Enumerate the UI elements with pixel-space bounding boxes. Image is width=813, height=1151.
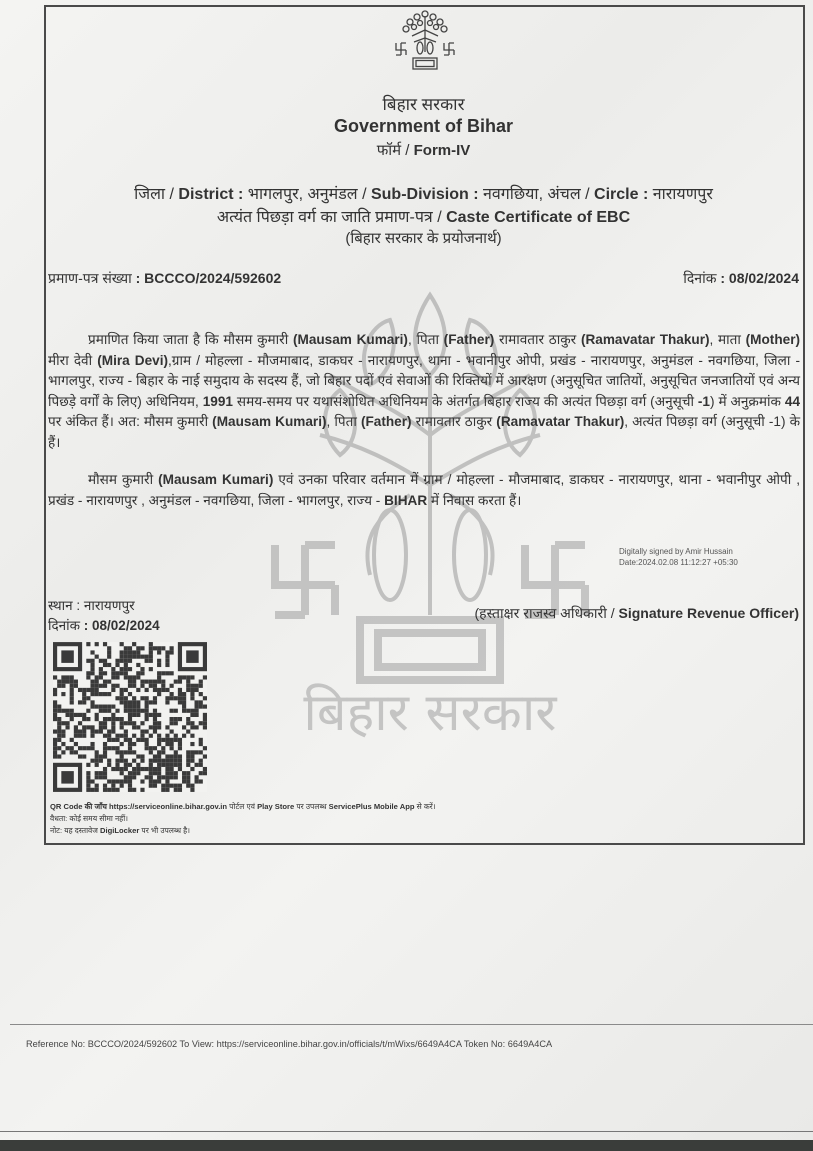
certification-paragraph: प्रमाणित किया जाता है कि मौसम कुमारी (Ma… (48, 330, 800, 453)
certificate-purpose: (बिहार सरकार के प्रयोजनार्थ) (44, 228, 803, 248)
emphasized-text: (Mother) (746, 332, 800, 347)
emphasized-text: (Ramavatar Thakur) (496, 414, 624, 429)
paragraph-text: में निवास करता हैं। (427, 493, 521, 508)
form-separator: / (401, 142, 414, 159)
digital-signature-block: Digitally signed by Amir Hussain Date:20… (619, 546, 738, 568)
district-label-hindi: जिला (134, 186, 165, 203)
circle-label-english: Circle (594, 186, 638, 203)
form-label-hindi: फॉर्म (377, 142, 401, 159)
qr-note-app-name: ServicePlus Mobile App (329, 802, 415, 811)
certificate-date-label: दिनांक (683, 270, 716, 286)
certificate-title-hindi: अत्यंत पिछड़ा वर्ग का जाति प्रमाण-पत्र (217, 209, 433, 226)
certificate-title-english: Caste Certificate of EBC (446, 209, 630, 226)
emphasized-text: (Ramavatar Thakur) (581, 332, 710, 347)
emphasized-text: (Mausam Kumari) (158, 472, 273, 487)
footer-divider (10, 1024, 813, 1025)
circle-value: नारायणपुर (653, 186, 713, 203)
header-hindi-title: बिहार सरकार (44, 92, 803, 115)
digilocker-note-suffix: पर भी उपलब्ध है। (139, 826, 190, 835)
paragraph-text: ) में अनुक्रमांक (710, 394, 785, 409)
form-title: फॉर्म / Form-IV (44, 140, 803, 160)
district-value: भागलपुर (248, 186, 299, 203)
qr-note-available: पर उपलब्ध (294, 802, 328, 811)
certificate-number-value: BCCCO/2024/592602 (144, 270, 281, 286)
emphasized-text: 44 (785, 394, 800, 409)
place-label: स्थान (48, 598, 73, 613)
paragraph-text: रामावतार ठाकुर (494, 332, 581, 347)
subdivision-label-english: Sub-Division (371, 186, 469, 203)
digilocker-note-prefix: नोट: यह दस्तावेज (50, 826, 100, 835)
certificate-date-value: 08/02/2024 (729, 270, 799, 286)
issue-date-label: दिनांक (48, 618, 80, 633)
verification-qr-code[interactable] (53, 642, 207, 792)
officer-label-hindi: (हस्ताक्षर राजस्व अधिकारी (475, 605, 607, 621)
digilocker-note: नोट: यह दस्तावेज DigiLocker पर भी उपलब्ध… (50, 825, 190, 836)
paragraph-text: , माता (710, 332, 746, 347)
issue-date: दिनांक : 08/02/2024 (48, 616, 160, 634)
qr-note-suffix: से करें। (414, 802, 435, 811)
jurisdiction-line: जिला / District : भागलपुर, अनुमंडल / Sub… (44, 182, 803, 204)
emphasized-text: (Father) (361, 414, 412, 429)
emphasized-text: 1991 (203, 394, 233, 409)
digital-signature-signer: Digitally signed by Amir Hussain (619, 546, 738, 557)
certificate-number: प्रमाण-पत्र संख्या : BCCCO/2024/592602 (48, 269, 281, 288)
place-of-issue: स्थान : नारायणपुर (48, 596, 135, 614)
header-government-title: Government of Bihar (44, 116, 803, 137)
certificate-number-label: प्रमाण-पत्र संख्या (48, 270, 132, 286)
paragraph-text: रामावतार ठाकुर (412, 414, 497, 429)
officer-separator: / (607, 605, 619, 621)
qr-note-play-store: Play Store (257, 802, 294, 811)
form-label-english: Form-IV (414, 142, 471, 159)
emphasized-text: (Mausam Kumari) (212, 414, 326, 429)
certificate-title: अत्यंत पिछड़ा वर्ग का जाति प्रमाण-पत्र /… (44, 205, 803, 227)
issue-date-value: 08/02/2024 (92, 618, 160, 633)
place-value: नारायणपुर (84, 598, 135, 613)
paragraph-text: , पिता (327, 414, 361, 429)
officer-label-english: Signature Revenue Officer) (619, 605, 800, 621)
qr-verification-note: QR Code की जाँच https://serviceonline.bi… (50, 801, 436, 812)
reference-line: Reference No: BCCCO/2024/592602 To View:… (26, 1039, 552, 1049)
certificate-date: दिनांक : 08/02/2024 (683, 269, 799, 288)
residence-paragraph: मौसम कुमारी (Mausam Kumari) एवं उनका परि… (48, 470, 800, 511)
paragraph-text: समय-समय पर यथासंशोधित अधिनियम के अंतर्गत… (233, 394, 698, 409)
emphasized-text: BIHAR (384, 493, 427, 508)
emphasized-text: (Mira Devi) (97, 353, 168, 368)
scan-background-strip (0, 1140, 813, 1151)
revenue-officer-signature-label: (हस्ताक्षर राजस्व अधिकारी / Signature Re… (475, 604, 800, 623)
emphasized-text: (Father) (444, 332, 495, 347)
qr-note-portal: पोर्टल एवं (227, 802, 257, 811)
digital-signature-date: Date:2024.02.08 11:12:27 +05:30 (619, 557, 738, 568)
subdivision-value: नवगछिया (483, 186, 539, 203)
bihar-emblem-logo (390, 8, 460, 73)
paragraph-text: मौसम कुमारी (88, 472, 158, 487)
emphasized-text: (Mausam Kumari) (293, 332, 408, 347)
paragraph-text: प्रमाणित किया जाता है कि मौसम कुमारी (88, 332, 293, 347)
paragraph-text: मीरा देवी (48, 353, 97, 368)
qr-note-prefix: QR Code की जाँच (50, 802, 109, 811)
subdivision-label-hindi: अनुमंडल (308, 186, 358, 203)
paragraph-text: , पिता (408, 332, 444, 347)
paper-bottom-edge (0, 1131, 813, 1132)
circle-label-hindi: अंचल (547, 186, 580, 203)
validity-note: वैधता: कोई समय सीमा नहीं। (50, 813, 128, 824)
qr-verification-url[interactable]: https://serviceonline.bihar.gov.in (109, 802, 227, 811)
digilocker-name: DigiLocker (100, 826, 139, 835)
district-label-english: District (178, 186, 233, 203)
paragraph-text: पर अंकित हैं। अत: मौसम कुमारी (48, 414, 212, 429)
emphasized-text: -1 (698, 394, 710, 409)
